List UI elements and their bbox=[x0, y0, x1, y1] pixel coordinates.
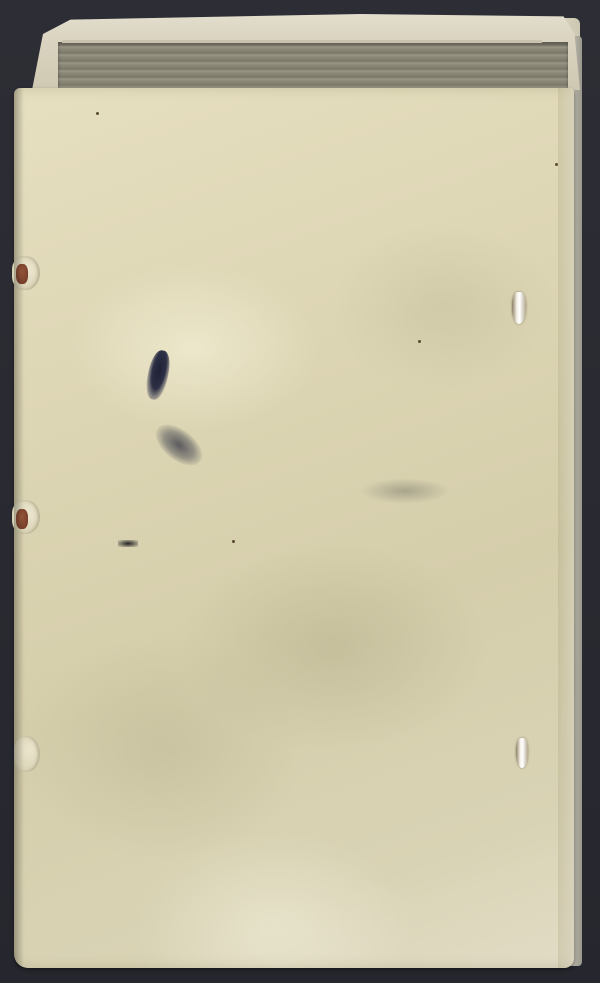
tie-slit-upper bbox=[512, 292, 526, 324]
speck bbox=[555, 163, 558, 166]
tie-slit-lower bbox=[516, 738, 528, 768]
cover-fore-edge-turnin bbox=[558, 88, 574, 968]
head-edge-highlight bbox=[62, 40, 542, 43]
head-edge-text-block bbox=[58, 42, 568, 92]
speck bbox=[418, 340, 421, 343]
speck bbox=[232, 540, 235, 543]
ink-dot bbox=[118, 540, 138, 547]
speck bbox=[96, 112, 99, 115]
vellum-front-cover bbox=[14, 88, 574, 968]
spine-shadow bbox=[14, 88, 24, 968]
grey-smudge bbox=[360, 478, 450, 504]
